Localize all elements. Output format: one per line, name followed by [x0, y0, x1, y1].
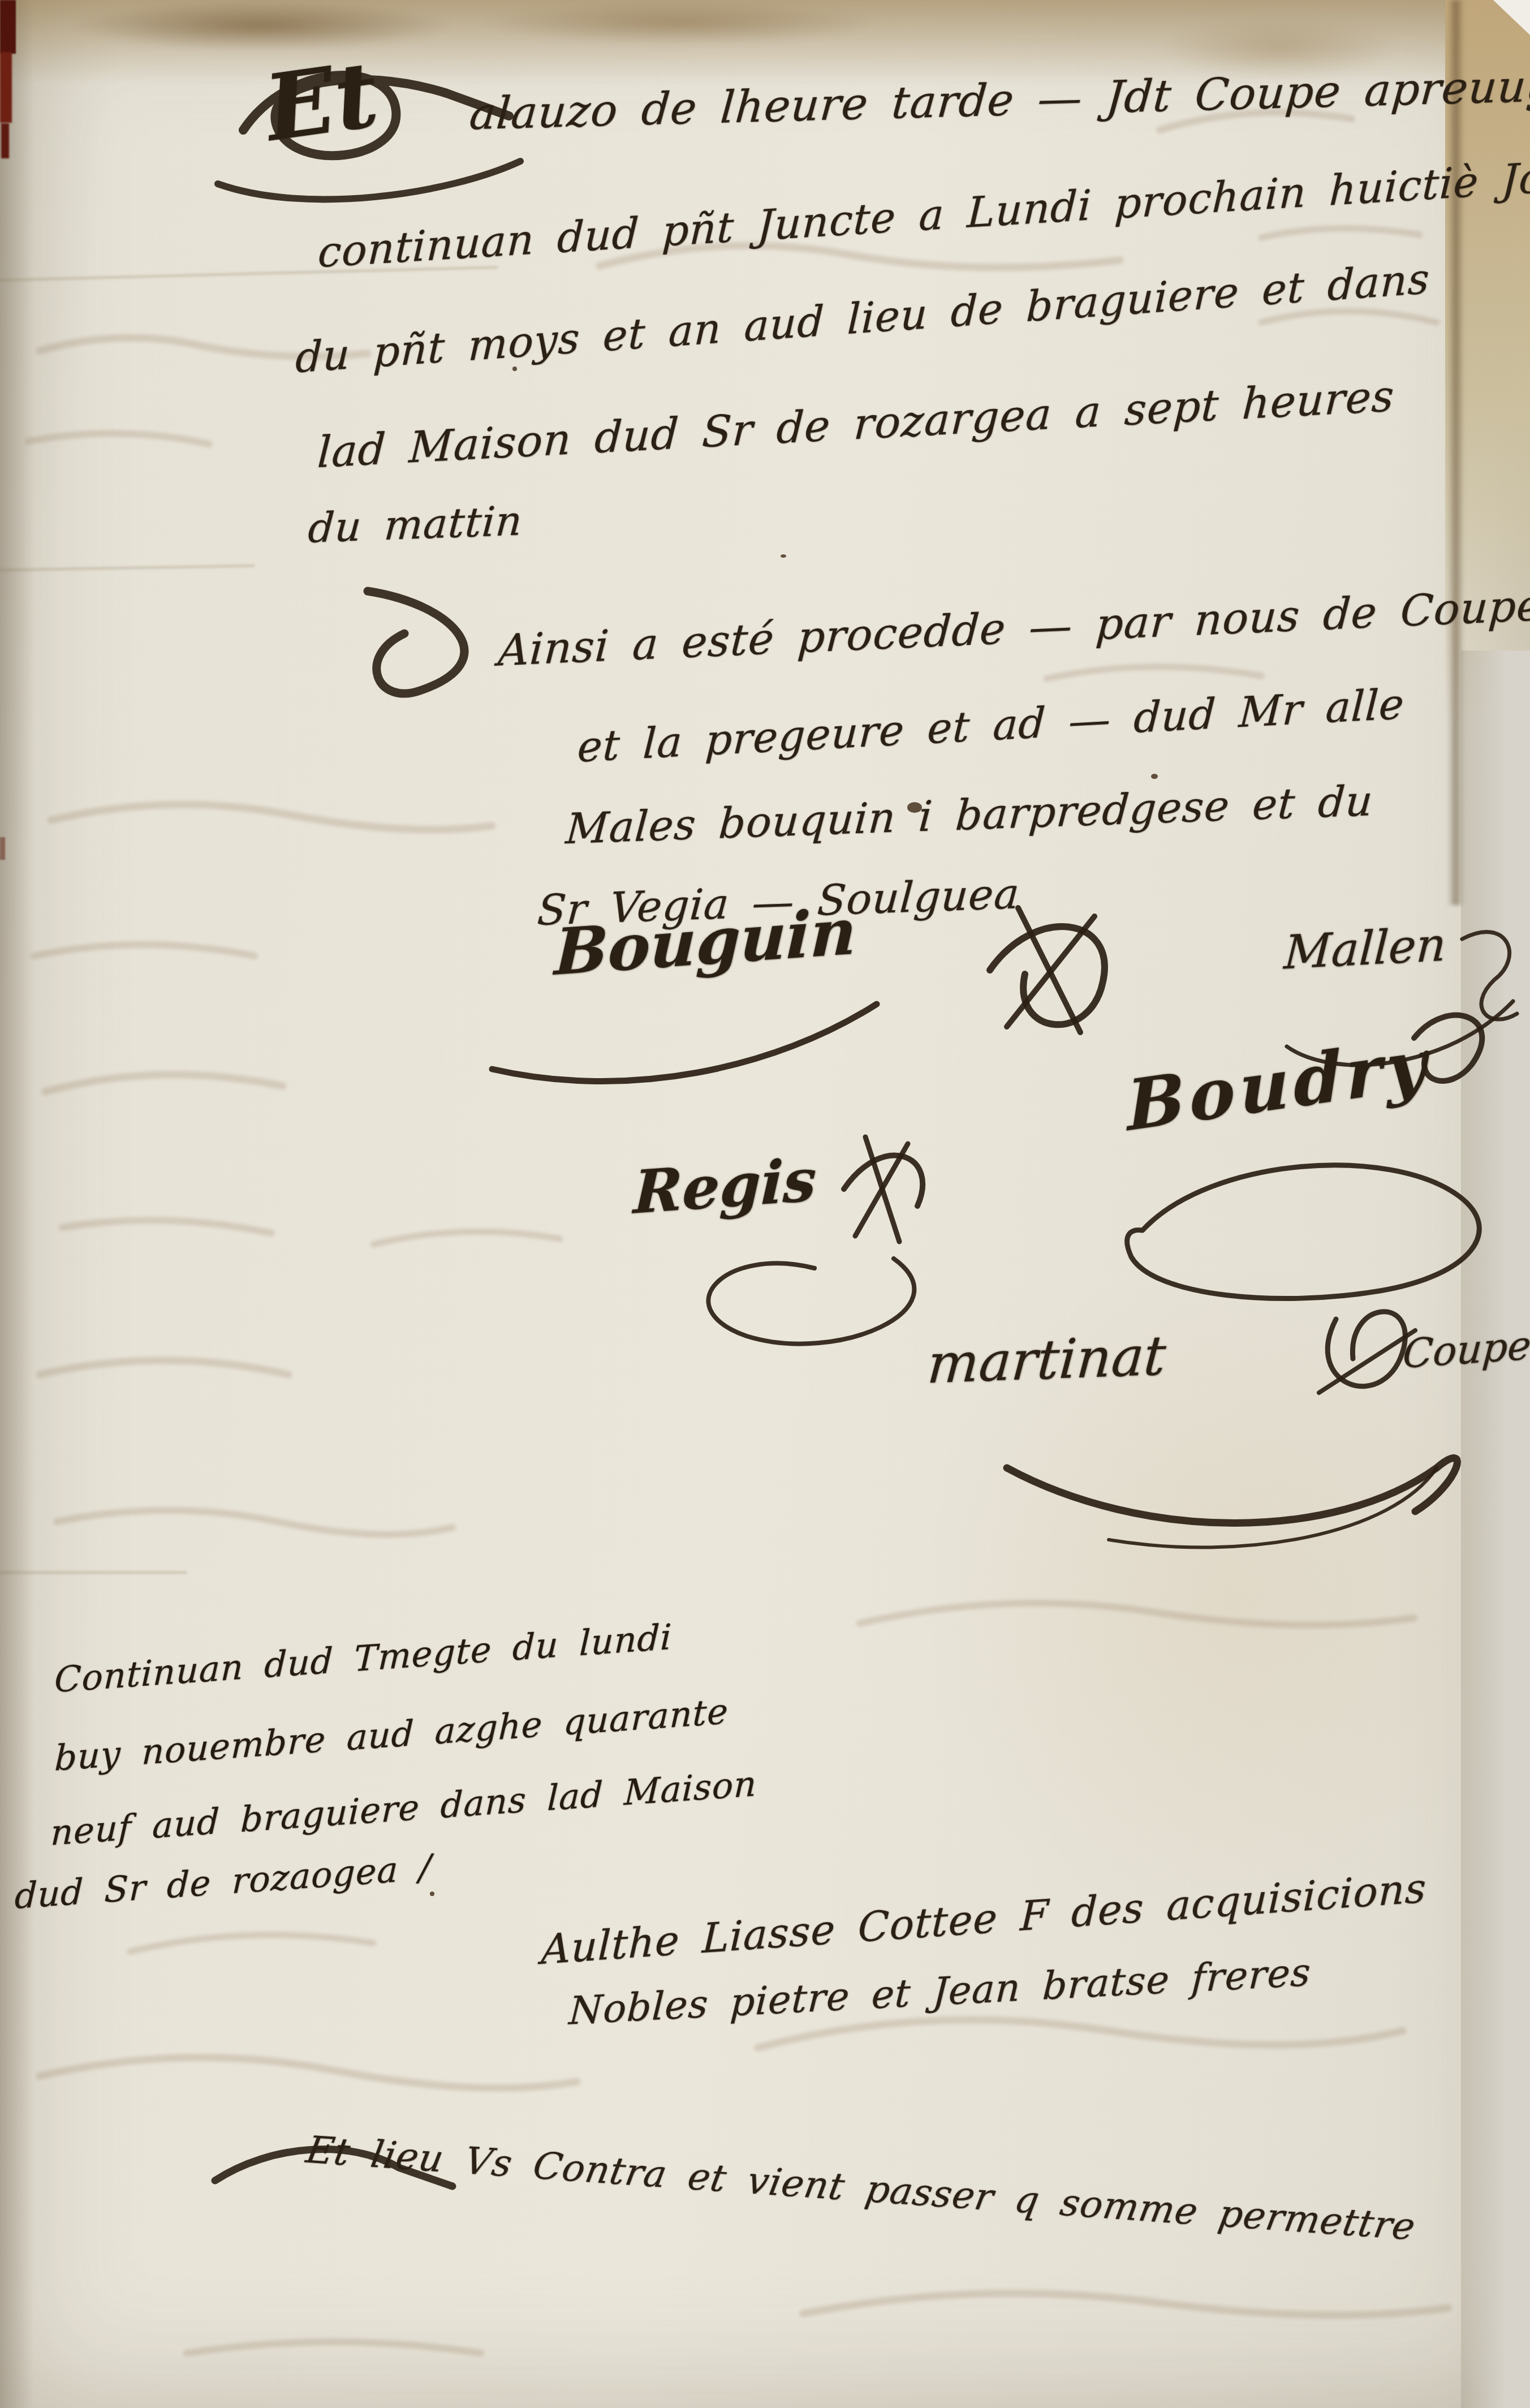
signature-suffix: Coupe — [1401, 1322, 1530, 1377]
body-line-1: alauzo de lheure tarde — Jdt Coupe apreu… — [468, 58, 1530, 140]
page-corner — [1488, 0, 1530, 35]
body-line-6: Ainsi a esté procedde — par nous de Coup… — [497, 580, 1530, 676]
manuscript-page: Et alauzo de lheure tarde — Jdt Coupe ap… — [0, 0, 1530, 2408]
lower-left-line-1: Continuan dud Tmegte du lundi — [54, 1616, 673, 1701]
page-seam — [1447, 0, 1464, 905]
body-line-4: lad Maison dud Sr de rozargea a sept heu… — [316, 371, 1395, 477]
ink-speck — [430, 1892, 434, 1896]
body-line-3: du pñt moys et an aud lieu de braguiere … — [295, 255, 1430, 383]
binding-shadow — [0, 0, 34, 2408]
lower-left-line-3: neuf aud braguiere dans lad Maison — [50, 1763, 757, 1854]
paper-stain — [68, 0, 452, 51]
opening-initial: Et — [259, 41, 385, 162]
bottom-line: Et lieu Vs Contra et vient passer q somm… — [303, 2128, 1419, 2248]
lower-left-line-4: dud Sr de rozaogea / — [14, 1846, 433, 1917]
paper-crease — [0, 1571, 187, 1574]
signature-martinat: martinat Coupe — [905, 1295, 1527, 1573]
binding-mark — [1, 123, 9, 158]
paper-stain — [481, 0, 877, 45]
binding-mark — [0, 52, 12, 123]
lower-left-line-2: buy nouembre aud azghe quarante — [54, 1690, 729, 1779]
binding-mark — [0, 0, 16, 54]
body-line-7: et la pregeure et ad — dud Mr alle — [576, 680, 1406, 772]
binding-mark — [0, 837, 5, 860]
ink-speck — [781, 554, 786, 558]
paper-crease — [0, 565, 255, 571]
signature-name: Regis — [632, 1144, 817, 1227]
ink-speck — [1151, 774, 1158, 779]
signature-boudry: Boudry — [1075, 1013, 1530, 1329]
body-line-5: du mattin — [307, 497, 524, 552]
signature-name: Mallen — [1283, 917, 1447, 980]
body-line-8: Males bouquin i barpredgese et du — [564, 777, 1374, 854]
signature-name: martinat — [925, 1324, 1168, 1395]
